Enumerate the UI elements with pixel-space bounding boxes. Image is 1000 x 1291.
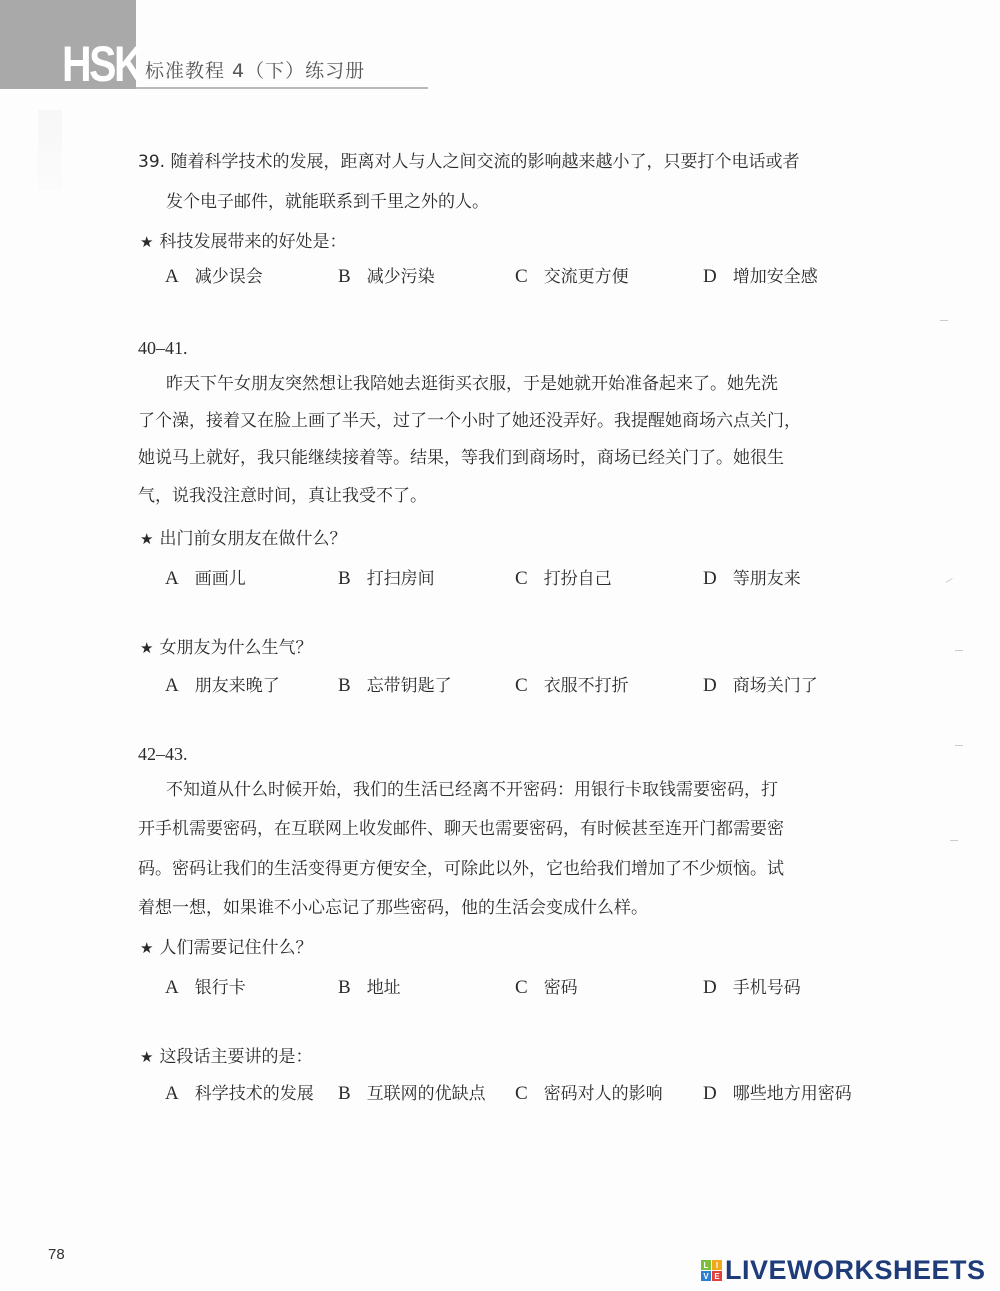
section-number: 42–43.: [138, 742, 188, 766]
passage-line: 开手机需要密码，在互联网上收发邮件、聊天也需要密码，有时候甚至连开门都需要密: [138, 817, 784, 841]
passage-line: 码。密码让我们的生活变得更方便安全，可除此以外，它也给我们增加了不少烦恼。试: [138, 857, 784, 881]
scan-mark: [950, 840, 958, 841]
option-a[interactable]: A银行卡: [165, 976, 246, 1000]
option-d[interactable]: D增加安全感: [703, 265, 818, 289]
question-prompt: ★人们需要记住什么？: [140, 936, 312, 960]
question-prompt: ★出门前女朋友在做什么？: [140, 527, 346, 551]
header-divider: [136, 87, 428, 89]
question-prompt: ★这段话主要讲的是：: [140, 1045, 312, 1069]
passage-line: 不知道从什么时候开始，我们的生活已经离不开密码：用银行卡取钱需要密码，打: [166, 778, 778, 802]
option-c[interactable]: C密码: [515, 976, 578, 1000]
scan-mark: [940, 320, 948, 321]
option-a[interactable]: A画画儿: [165, 567, 246, 591]
star-icon: ★: [140, 233, 153, 251]
passage-line: 气，说我没注意时间，真让我受不了。: [138, 484, 427, 508]
option-b[interactable]: B打扫房间: [338, 567, 435, 591]
passage-line: 她说马上就好，我只能继续接着等。结果，等我们到商场时，商场已经关门了。她很生: [138, 446, 784, 470]
page-number: 78: [48, 1246, 65, 1263]
question-prompt: ★女朋友为什么生气？: [140, 636, 312, 660]
scan-mark: [945, 578, 952, 583]
scan-mark: [955, 745, 963, 746]
star-icon: ★: [140, 639, 153, 657]
scan-mark: [955, 650, 963, 651]
faded-margin-marks: [38, 110, 62, 190]
option-a[interactable]: A减少误会: [165, 265, 263, 289]
option-b[interactable]: B忘带钥匙了: [338, 674, 452, 698]
option-c[interactable]: C打扮自己: [515, 567, 612, 591]
liveworksheets-logo: L I V E LIVEWORKSHEETS: [701, 1255, 986, 1286]
option-c[interactable]: C密码对人的影响: [515, 1082, 663, 1106]
section-number: 40–41.: [138, 336, 188, 360]
star-icon: ★: [140, 530, 153, 548]
option-a[interactable]: A科学技术的发展: [165, 1082, 314, 1106]
option-c[interactable]: C衣服不打折: [515, 674, 629, 698]
option-d[interactable]: D等朋友来: [703, 567, 801, 591]
option-d[interactable]: D商场关门了: [703, 674, 818, 698]
liveworksheets-wordmark: LIVEWORKSHEETS: [725, 1255, 986, 1286]
book-title: 标准教程 4（下）练习册: [145, 56, 365, 83]
live-badge-icon: L I V E: [701, 1260, 722, 1281]
star-icon: ★: [140, 939, 153, 957]
passage-line: 着想一想，如果谁不小心忘记了那些密码，他的生活会变成什么样。: [138, 896, 648, 920]
passage-line: 昨天下午女朋友突然想让我陪她去逛街买衣服，于是她就开始准备起来了。她先洗: [166, 372, 778, 396]
option-b[interactable]: B地址: [338, 976, 401, 1000]
option-a[interactable]: A朋友来晚了: [165, 674, 280, 698]
option-d[interactable]: D哪些地方用密码: [703, 1082, 852, 1106]
option-d[interactable]: D手机号码: [703, 976, 801, 1000]
option-b[interactable]: B互联网的优缺点: [338, 1082, 486, 1106]
passage-line: 了个澡，接着又在脸上画了半天，过了一个小时了她还没弄好。我提醒她商场六点关门，: [138, 409, 801, 433]
option-b[interactable]: B减少污染: [338, 265, 435, 289]
hsk-logo: HSK: [62, 38, 141, 90]
passage-line: 39. 随着科学技术的发展，距离对人与人之间交流的影响越来越小了，只要打个电话或…: [138, 150, 799, 174]
option-c[interactable]: C交流更方便: [515, 265, 629, 289]
star-icon: ★: [140, 1048, 153, 1066]
passage-line: 发个电子邮件，就能联系到千里之外的人。: [166, 190, 489, 214]
question-prompt: ★科技发展带来的好处是：: [140, 230, 346, 254]
